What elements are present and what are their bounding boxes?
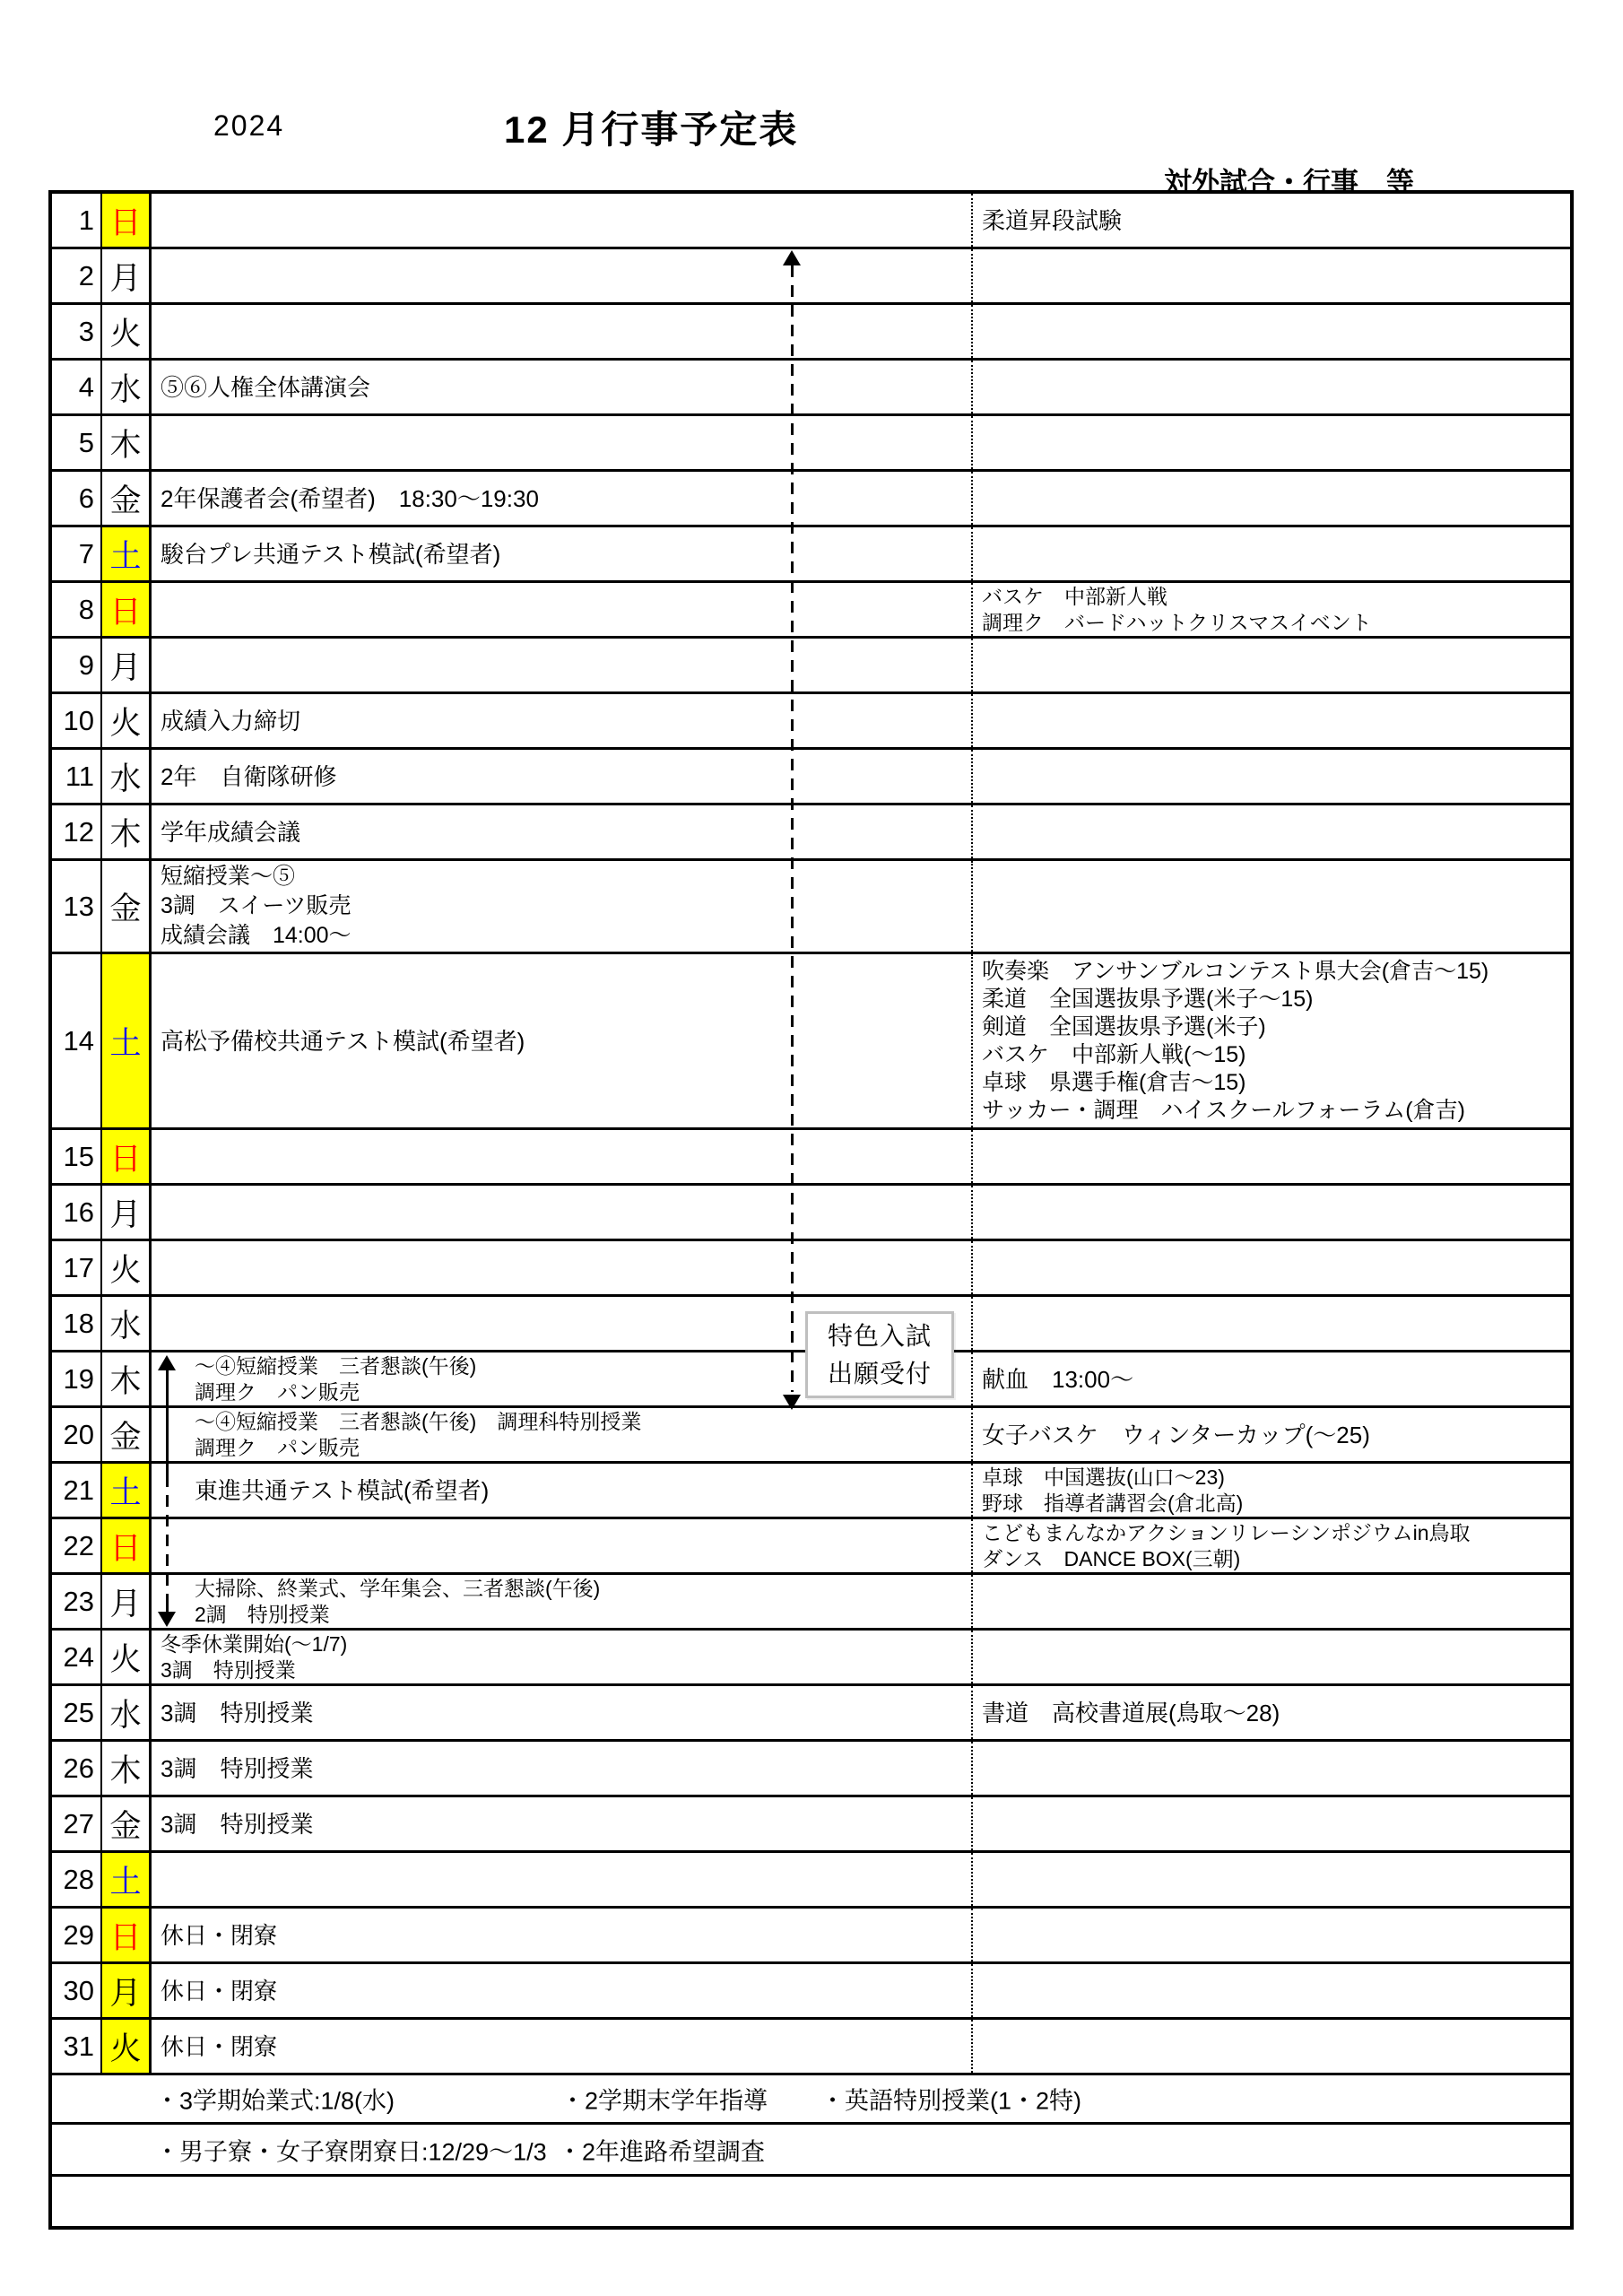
tokushoku-nyushi-label: 特色入試 出願受付 — [805, 1311, 954, 1398]
external-events-cell — [971, 1797, 1570, 1850]
school-events-cell: 成績入力締切 — [152, 694, 971, 747]
school-events-cell: ⑤⑥人権全体講演会 — [152, 361, 971, 413]
day-of-week: 日 — [102, 1909, 152, 1961]
day-of-week: 月 — [102, 639, 152, 691]
event-text: 東進共通テスト模試(希望者) — [195, 1476, 971, 1505]
span-arrow-up-icon — [783, 250, 801, 265]
event-text: 休日・閉寮 — [161, 1921, 971, 1950]
day-of-week: 月 — [102, 249, 152, 302]
event-text: 大掃除、終業式、学年集会、三者懇談(午後) — [195, 1576, 971, 1602]
external-events-cell — [971, 416, 1570, 469]
external-event-text: 卓球 中国選抜(山口～23) — [982, 1465, 1570, 1491]
schedule-row-8: 8日バスケ 中部新人戦調理ク バードハットクリスマスイベント — [52, 583, 1570, 639]
day-number: 13 — [52, 861, 102, 952]
day-number: 31 — [52, 2020, 102, 2073]
footnote: ・3学期始業式:1/8(水) — [155, 2082, 395, 2117]
day-number: 18 — [52, 1297, 102, 1350]
day-of-week: 日 — [102, 1130, 152, 1183]
external-events-cell: バスケ 中部新人戦調理ク バードハットクリスマスイベント — [971, 583, 1570, 636]
day-of-week: 日 — [102, 1519, 152, 1572]
day-number: 6 — [52, 472, 102, 525]
external-events-cell — [971, 639, 1570, 691]
day-of-week: 日 — [102, 194, 152, 247]
day-number: 5 — [52, 416, 102, 469]
day-number: 9 — [52, 639, 102, 691]
external-event-text: バスケ 中部新人戦 — [982, 584, 1570, 610]
day-of-week: 水 — [102, 750, 152, 803]
event-text: 休日・閉寮 — [161, 2032, 971, 2061]
school-events-cell: 3調 特別授業 — [152, 1686, 971, 1739]
footnotes-row-2: ・男子寮・女子寮閉寮日:12/29～1/3 ・2年進路希望調査 — [52, 2125, 1570, 2177]
schedule-row-28: 28土 — [52, 1853, 1570, 1909]
day-number: 15 — [52, 1130, 102, 1183]
day-number: 12 — [52, 805, 102, 858]
external-events-cell — [971, 249, 1570, 302]
school-events-cell: 東進共通テスト模試(希望者) — [152, 1464, 971, 1517]
day-of-week: 金 — [102, 861, 152, 952]
day-of-week: 木 — [102, 1742, 152, 1795]
day-number: 2 — [52, 249, 102, 302]
day-of-week: 月 — [102, 1964, 152, 2017]
external-event-text: 柔道 全国選抜県予選(米子～15) — [982, 986, 1570, 1013]
day-of-week: 水 — [102, 1297, 152, 1350]
external-events-cell: こどもまんなかアクションリレーシンポジウムin鳥取ダンス DANCE BOX(三… — [971, 1519, 1570, 1572]
footnotes-row-1: ・3学期始業式:1/8(水) ・2学期末学年指導 ・英語特別授業(1・2特) — [52, 2075, 1570, 2125]
event-text: ～④短縮授業 三者懇談(午後) 調理科特別授業 — [195, 1409, 971, 1435]
external-events-cell — [971, 1631, 1570, 1683]
rows-container: 1日柔道昇段試験2月3火4水⑤⑥人権全体講演会5木6金2年保護者会(希望者) 1… — [52, 194, 1570, 2075]
external-event-text: 野球 指導者講習会(倉北高) — [982, 1491, 1570, 1517]
day-number: 3 — [52, 305, 102, 358]
day-of-week: 金 — [102, 472, 152, 525]
day-of-week: 土 — [102, 527, 152, 580]
footnote: ・英語特別授業(1・2特) — [820, 2082, 1081, 2117]
schedule-row-4: 4水⑤⑥人権全体講演会 — [52, 361, 1570, 416]
school-events-cell: 休日・閉寮 — [152, 2020, 971, 2073]
event-text: 休日・閉寮 — [161, 1977, 971, 2005]
school-events-cell — [152, 639, 971, 691]
school-events-cell: 短縮授業～⑤3調 スイーツ販売成績会議 14:00～ — [152, 861, 971, 952]
footnote: ・男子寮・女子寮閉寮日:12/29～1/3 — [155, 2132, 547, 2167]
event-text: ⑤⑥人権全体講演会 — [161, 373, 971, 402]
school-events-cell — [152, 194, 971, 247]
event-text: 3調 スイーツ販売 — [161, 891, 971, 921]
event-text: 2年 自衛隊研修 — [161, 762, 971, 791]
school-events-cell: 3調 特別授業 — [152, 1742, 971, 1795]
day-number: 25 — [52, 1686, 102, 1739]
external-events-cell — [971, 1186, 1570, 1239]
schedule-row-26: 26木3調 特別授業 — [52, 1742, 1570, 1797]
footnote: ・2学期末学年指導 — [560, 2082, 768, 2117]
external-event-text: 献血 13:00～ — [982, 1365, 1570, 1394]
day-of-week: 土 — [102, 1853, 152, 1906]
day-number: 8 — [52, 583, 102, 636]
school-events-cell: 高松予備校共通テスト模試(希望者) — [152, 954, 971, 1127]
schedule-row-21: 21土東進共通テスト模試(希望者)卓球 中国選抜(山口～23)野球 指導者講習会… — [52, 1464, 1570, 1519]
meeting-span-arrow-down-icon — [158, 1612, 176, 1627]
day-of-week: 火 — [102, 1631, 152, 1683]
meeting-span-solid-line — [166, 1370, 169, 1475]
school-events-cell: 2年 自衛隊研修 — [152, 750, 971, 803]
day-number: 26 — [52, 1742, 102, 1795]
schedule-row-30: 30月休日・閉寮 — [52, 1964, 1570, 2020]
day-of-week: 水 — [102, 1686, 152, 1739]
external-events-cell — [971, 1964, 1570, 2017]
day-of-week: 土 — [102, 954, 152, 1127]
tokushoku-nyushi-label-line1: 特色入試 — [828, 1318, 932, 1355]
day-of-week: 土 — [102, 1464, 152, 1517]
event-text: 成績入力締切 — [161, 707, 971, 735]
schedule-row-20: 20金～④短縮授業 三者懇談(午後) 調理科特別授業調理ク パン販売女子バスケ … — [52, 1408, 1570, 1464]
empty-row — [52, 2177, 1570, 2224]
day-of-week: 火 — [102, 1241, 152, 1294]
external-events-cell — [971, 305, 1570, 358]
schedule-row-6: 6金2年保護者会(希望者) 18:30～19:30 — [52, 472, 1570, 527]
day-number: 20 — [52, 1408, 102, 1461]
school-events-cell — [152, 1519, 971, 1572]
schedule-row-22: 22日こどもまんなかアクションリレーシンポジウムin鳥取ダンス DANCE BO… — [52, 1519, 1570, 1575]
schedule-row-12: 12木学年成績会議 — [52, 805, 1570, 861]
day-of-week: 金 — [102, 1408, 152, 1461]
school-events-cell: 大掃除、終業式、学年集会、三者懇談(午後)2調 特別授業 — [152, 1575, 971, 1628]
school-events-cell: 休日・閉寮 — [152, 1909, 971, 1961]
schedule-row-25: 25水3調 特別授業書道 高校書道展(鳥取～28) — [52, 1686, 1570, 1742]
schedule-row-5: 5木 — [52, 416, 1570, 472]
day-number: 24 — [52, 1631, 102, 1683]
day-of-week: 木 — [102, 1352, 152, 1405]
day-number: 1 — [52, 194, 102, 247]
day-of-week: 日 — [102, 583, 152, 636]
event-text: 調理ク パン販売 — [195, 1435, 971, 1461]
day-number: 29 — [52, 1909, 102, 1961]
school-events-cell: 駿台プレ共通テスト模試(希望者) — [152, 527, 971, 580]
day-of-week: 水 — [102, 361, 152, 413]
meeting-span-solid-line-bottom — [166, 1594, 169, 1612]
application-period-dashed-line — [791, 265, 794, 1392]
schedule-row-15: 15日 — [52, 1130, 1570, 1186]
external-event-text: バスケ 中部新人戦(～15) — [982, 1041, 1570, 1069]
schedule-row-29: 29日休日・閉寮 — [52, 1909, 1570, 1964]
schedule-row-14: 14土高松予備校共通テスト模試(希望者)吹奏楽 アンサンブルコンテスト県大会(倉… — [52, 954, 1570, 1130]
external-events-cell — [971, 1297, 1570, 1350]
external-events-cell: 卓球 中国選抜(山口～23)野球 指導者講習会(倉北高) — [971, 1464, 1570, 1517]
school-events-cell: 学年成績会議 — [152, 805, 971, 858]
external-events-cell — [971, 694, 1570, 747]
school-events-cell: ～④短縮授業 三者懇談(午後) 調理科特別授業調理ク パン販売 — [152, 1408, 971, 1461]
day-number: 16 — [52, 1186, 102, 1239]
event-text: 冬季休業開始(～1/7) — [161, 1631, 971, 1657]
external-events-cell — [971, 1909, 1570, 1961]
day-number: 7 — [52, 527, 102, 580]
external-event-text: 卓球 県選手権(倉吉～15) — [982, 1069, 1570, 1097]
external-event-text: 書道 高校書道展(鳥取～28) — [982, 1699, 1570, 1727]
external-event-text: 調理ク バードハットクリスマスイベント — [982, 610, 1570, 636]
event-text: 短縮授業～⑤ — [161, 862, 971, 891]
external-events-cell: 書道 高校書道展(鳥取～28) — [971, 1686, 1570, 1739]
day-number: 30 — [52, 1964, 102, 2017]
schedule-row-1: 1日柔道昇段試験 — [52, 194, 1570, 249]
school-events-cell: 休日・閉寮 — [152, 1964, 971, 2017]
day-of-week: 火 — [102, 305, 152, 358]
year-label: 2024 — [213, 109, 284, 143]
event-text: 3調 特別授業 — [161, 1699, 971, 1727]
schedule-row-2: 2月 — [52, 249, 1570, 305]
day-number: 19 — [52, 1352, 102, 1405]
external-event-text: 柔道昇段試験 — [982, 206, 1570, 235]
school-events-cell — [152, 1241, 971, 1294]
schedule-row-3: 3火 — [52, 305, 1570, 361]
external-event-text: 女子バスケ ウィンターカップ(～25) — [982, 1421, 1570, 1449]
school-events-cell — [152, 416, 971, 469]
external-events-cell — [971, 527, 1570, 580]
day-number: 4 — [52, 361, 102, 413]
external-events-cell — [971, 1575, 1570, 1628]
external-events-cell — [971, 361, 1570, 413]
external-events-cell: 吹奏楽 アンサンブルコンテスト県大会(倉吉～15)柔道 全国選抜県予選(米子～1… — [971, 954, 1570, 1127]
external-events-cell — [971, 1853, 1570, 1906]
schedule-row-9: 9月 — [52, 639, 1570, 694]
meeting-span-arrow-up-icon — [158, 1355, 176, 1370]
schedule-page: 2024 12 月行事予定表 対外試合・行事 等 1日柔道昇段試験2月3火4水⑤… — [0, 0, 1623, 2296]
external-event-text: サッカー・調理 ハイスクールフォーラム(倉吉) — [982, 1097, 1570, 1125]
external-events-cell — [971, 1241, 1570, 1294]
event-text: 駿台プレ共通テスト模試(希望者) — [161, 540, 971, 569]
day-of-week: 月 — [102, 1575, 152, 1628]
day-number: 27 — [52, 1797, 102, 1850]
day-of-week: 木 — [102, 805, 152, 858]
event-text: 2年保護者会(希望者) 18:30～19:30 — [161, 484, 971, 513]
external-events-cell — [971, 805, 1570, 858]
external-events-cell — [971, 1742, 1570, 1795]
schedule-row-13: 13金短縮授業～⑤3調 スイーツ販売成績会議 14:00～ — [52, 861, 1570, 954]
school-events-cell: 冬季休業開始(～1/7)3調 特別授業 — [152, 1631, 971, 1683]
event-text: 成績会議 14:00～ — [161, 921, 971, 951]
external-events-cell — [971, 750, 1570, 803]
external-event-text: 吹奏楽 アンサンブルコンテスト県大会(倉吉～15) — [982, 958, 1570, 986]
schedule-row-17: 17火 — [52, 1241, 1570, 1297]
day-of-week: 金 — [102, 1797, 152, 1850]
schedule-row-7: 7土駿台プレ共通テスト模試(希望者) — [52, 527, 1570, 583]
schedule-row-10: 10火成績入力締切 — [52, 694, 1570, 750]
school-events-cell — [152, 305, 971, 358]
external-events-cell — [971, 1130, 1570, 1183]
schedule-table: 1日柔道昇段試験2月3火4水⑤⑥人権全体講演会5木6金2年保護者会(希望者) 1… — [48, 190, 1574, 2230]
footnote: ・2年進路希望調査 — [558, 2132, 765, 2167]
event-text: 3調 特別授業 — [161, 1657, 971, 1683]
day-of-week: 火 — [102, 694, 152, 747]
schedule-row-24: 24火冬季休業開始(～1/7)3調 特別授業 — [52, 1631, 1570, 1686]
external-events-cell — [971, 861, 1570, 952]
school-events-cell: 2年保護者会(希望者) 18:30～19:30 — [152, 472, 971, 525]
event-text: 学年成績会議 — [161, 818, 971, 847]
day-number: 23 — [52, 1575, 102, 1628]
schedule-row-16: 16月 — [52, 1186, 1570, 1241]
day-of-week: 月 — [102, 1186, 152, 1239]
school-events-cell — [152, 583, 971, 636]
schedule-row-23: 23月大掃除、終業式、学年集会、三者懇談(午後)2調 特別授業 — [52, 1575, 1570, 1631]
meeting-span-dashed-line — [166, 1475, 169, 1594]
external-events-cell — [971, 472, 1570, 525]
span-arrow-down-icon — [783, 1395, 801, 1410]
day-number: 22 — [52, 1519, 102, 1572]
schedule-row-11: 11水2年 自衛隊研修 — [52, 750, 1570, 805]
external-event-text: こどもまんなかアクションリレーシンポジウムin鳥取 — [982, 1520, 1570, 1546]
event-text: 3調 特別授業 — [161, 1810, 971, 1839]
day-number: 11 — [52, 750, 102, 803]
event-text: 高松予備校共通テスト模試(希望者) — [161, 1027, 971, 1056]
external-event-text: ダンス DANCE BOX(三朝) — [982, 1546, 1570, 1572]
external-events-cell: 女子バスケ ウィンターカップ(～25) — [971, 1408, 1570, 1461]
event-text: 2調 特別授業 — [195, 1602, 971, 1628]
page-title: 12 月行事予定表 — [504, 100, 798, 154]
day-of-week: 木 — [102, 416, 152, 469]
school-events-cell: 3調 特別授業 — [152, 1797, 971, 1850]
external-events-cell: 柔道昇段試験 — [971, 194, 1570, 247]
external-event-text: 剣道 全国選抜県予選(米子) — [982, 1013, 1570, 1041]
day-number: 28 — [52, 1853, 102, 1906]
event-text: 3調 特別授業 — [161, 1754, 971, 1783]
day-number: 21 — [52, 1464, 102, 1517]
external-events-cell: 献血 13:00～ — [971, 1352, 1570, 1405]
day-number: 17 — [52, 1241, 102, 1294]
external-events-cell — [971, 2020, 1570, 2073]
school-events-cell — [152, 249, 971, 302]
schedule-row-31: 31火休日・閉寮 — [52, 2020, 1570, 2075]
day-of-week: 火 — [102, 2020, 152, 2073]
schedule-row-27: 27金3調 特別授業 — [52, 1797, 1570, 1853]
tokushoku-nyushi-label-line2: 出願受付 — [828, 1355, 932, 1393]
school-events-cell — [152, 1130, 971, 1183]
school-events-cell — [152, 1186, 971, 1239]
school-events-cell — [152, 1853, 971, 1906]
day-number: 14 — [52, 954, 102, 1127]
day-number: 10 — [52, 694, 102, 747]
